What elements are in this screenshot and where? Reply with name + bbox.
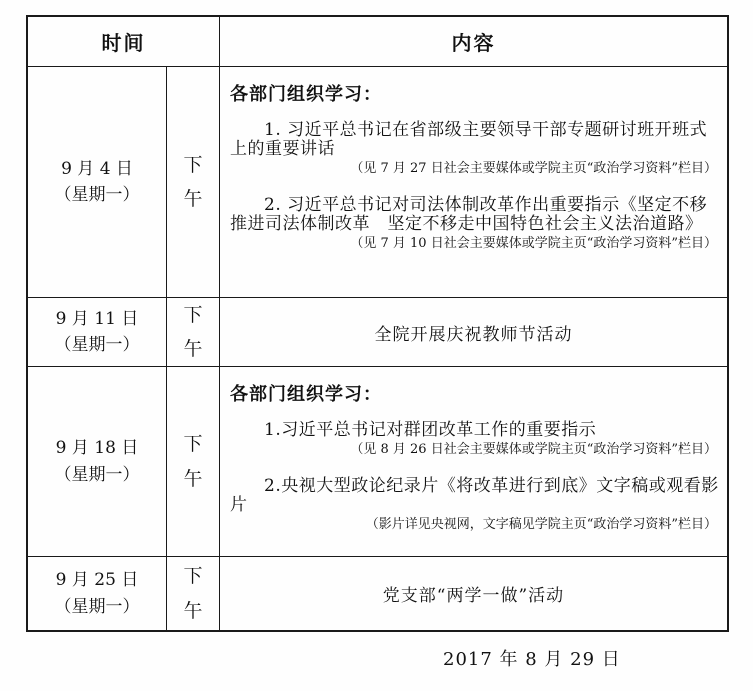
- document-page: 时间 内容 9 月 4 日 （星期一） 下 午 各部门组织学习： 1. 习近平总…: [0, 0, 753, 691]
- content-item: 2.央视大型政论纪录片《将改革进行到底》文字稿或观看影片: [230, 477, 721, 515]
- date-cell: 9 月 25 日 （星期一）: [28, 557, 167, 630]
- content-heading: 各部门组织学习：: [230, 380, 721, 406]
- table-row: 9 月 18 日 （星期一） 下 午 各部门组织学习： 1.习近平总书记对群团改…: [28, 367, 727, 557]
- period-char: 下: [183, 148, 202, 182]
- weekday-text: （星期一）: [55, 332, 140, 358]
- period-char: 下: [183, 298, 202, 332]
- schedule-table: 时间 内容 9 月 4 日 （星期一） 下 午 各部门组织学习： 1. 习近平总…: [26, 15, 729, 632]
- date-cell: 9 月 4 日 （星期一）: [28, 67, 167, 297]
- period-char: 午: [183, 332, 202, 366]
- content-cell: 各部门组织学习： 1. 习近平总书记在省部级主要领导干部专题研讨班开班式上的重要…: [220, 67, 727, 297]
- period-char: 午: [183, 462, 202, 496]
- period-cell: 下 午: [167, 67, 220, 297]
- header-time-label: 时间: [28, 17, 220, 66]
- content-heading: 各部门组织学习：: [230, 80, 721, 106]
- header-content-label: 内容: [220, 17, 727, 66]
- date-cell: 9 月 11 日 （星期一）: [28, 298, 167, 366]
- content-cell: 党支部“两学一做”活动: [220, 557, 727, 630]
- date-text: 9 月 18 日: [56, 435, 139, 461]
- period-cell: 下 午: [167, 298, 220, 366]
- activity-text: 全院开展庆祝教师节活动: [375, 320, 573, 345]
- weekday-text: （星期一）: [55, 462, 140, 488]
- date-text: 9 月 25 日: [56, 567, 139, 593]
- period-cell: 下 午: [167, 367, 220, 556]
- period-char: 下: [183, 427, 202, 461]
- table-row: 9 月 11 日 （星期一） 下 午 全院开展庆祝教师节活动: [28, 298, 727, 367]
- content-item: 1. 习近平总书记在省部级主要领导干部专题研讨班开班式上的重要讲话: [230, 121, 721, 159]
- period-char: 下: [183, 559, 202, 593]
- activity-text: 党支部“两学一做”活动: [383, 581, 564, 606]
- content-note: （见 8 月 26 日社会主要媒体或学院主页“政治学习资料”栏目）: [230, 442, 721, 458]
- content-item: 1.习近平总书记对群团改革工作的重要指示: [230, 421, 721, 440]
- weekday-text: （星期一）: [55, 594, 140, 620]
- period-char: 午: [183, 182, 202, 216]
- content-cell: 各部门组织学习： 1.习近平总书记对群团改革工作的重要指示 （见 8 月 26 …: [220, 367, 727, 556]
- period-cell: 下 午: [167, 557, 220, 630]
- content-item: 2. 习近平总书记对司法体制改革作出重要指示《坚定不移推进司法体制改革 坚定不移…: [230, 196, 721, 234]
- document-date: 2017 年 8 月 29 日: [443, 645, 621, 671]
- content-note: （影片详见央视网，文字稿见学院主页“政治学习资料”栏目）: [230, 517, 721, 533]
- content-note: （见 7 月 10 日社会主要媒体或学院主页“政治学习资料”栏目）: [230, 236, 721, 252]
- table-row: 9 月 25 日 （星期一） 下 午 党支部“两学一做”活动: [28, 557, 727, 630]
- content-cell: 全院开展庆祝教师节活动: [220, 298, 727, 366]
- date-text: 9 月 4 日: [61, 156, 133, 182]
- content-note: （见 7 月 27 日社会主要媒体或学院主页“政治学习资料”栏目）: [230, 161, 721, 177]
- date-text: 9 月 11 日: [56, 306, 139, 332]
- table-header-row: 时间 内容: [28, 17, 727, 67]
- table-row: 9 月 4 日 （星期一） 下 午 各部门组织学习： 1. 习近平总书记在省部级…: [28, 67, 727, 298]
- date-cell: 9 月 18 日 （星期一）: [28, 367, 167, 556]
- weekday-text: （星期一）: [55, 182, 140, 208]
- period-char: 午: [183, 594, 202, 628]
